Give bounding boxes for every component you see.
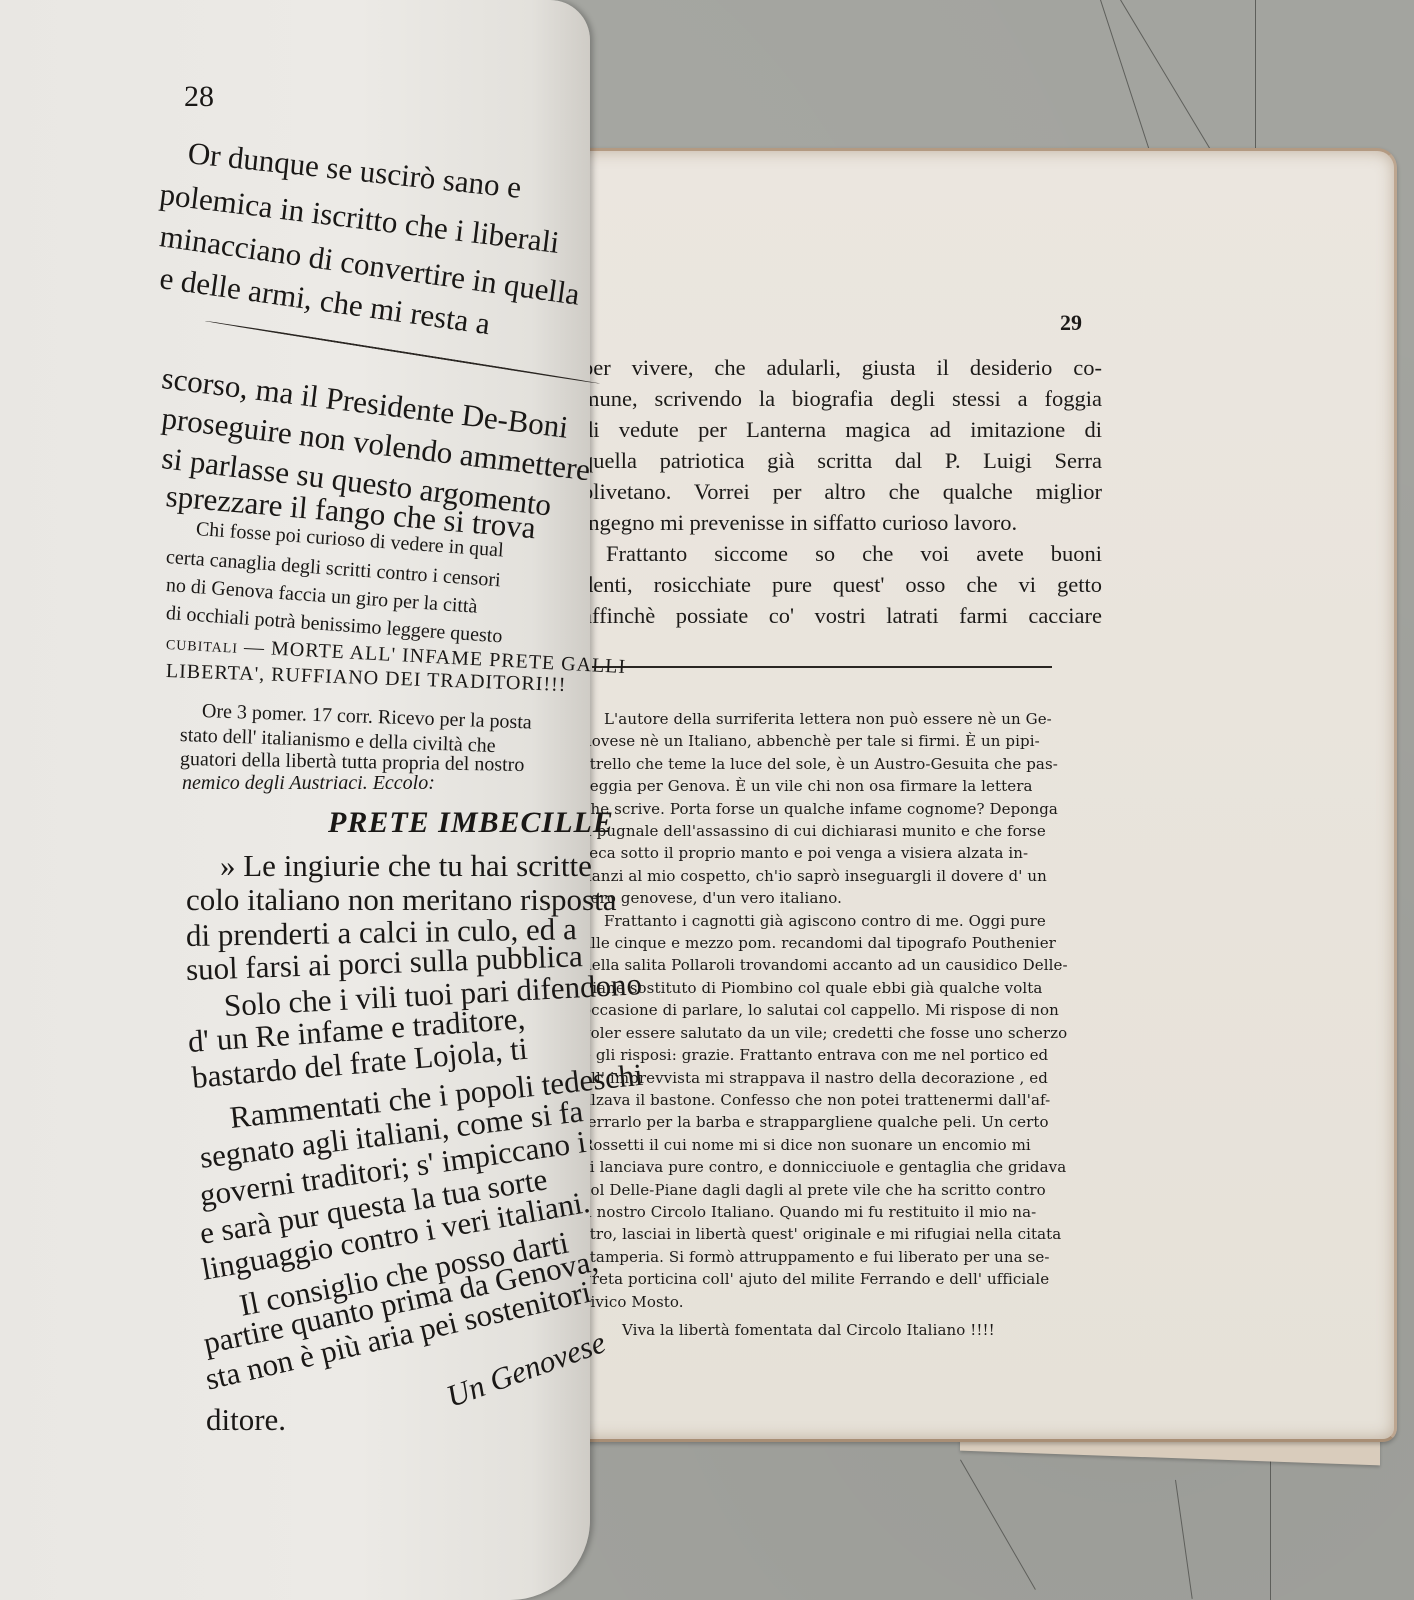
note-closing-line: Viva la libertà fomentata dal Circolo It… <box>582 1319 1102 1341</box>
body-line: affinchè possiate co' vostri latrati far… <box>582 600 1102 631</box>
surface-crack <box>960 1460 1036 1590</box>
note-line: strello che teme la luce del sole, è un … <box>582 753 1102 775</box>
note-line: occasione di parlare, lo salutai col cap… <box>582 999 1102 1021</box>
text-line: ditore. <box>206 1402 286 1438</box>
note-line: novese nè un Italiano, abbenchè per tale… <box>582 730 1102 752</box>
surface-crack <box>1175 1480 1193 1599</box>
note-line: reca sotto il proprio manto e poi venga … <box>582 842 1102 864</box>
surface-crack <box>1100 0 1150 152</box>
note-line: Frattanto i cagnotti già agiscono contro… <box>582 910 1102 932</box>
letter-heading: PRETE IMBECILLE <box>328 806 614 840</box>
note-line: e gli risposi: grazie. Frattanto entrava… <box>582 1044 1102 1066</box>
surface-crack <box>1120 0 1211 150</box>
note-line: nanzi al mio cospetto, ch'io saprò inseg… <box>582 865 1102 887</box>
page-number-28: 28 <box>184 80 214 114</box>
surface-crack <box>1270 1460 1271 1600</box>
body-line: denti, rosicchiate pure quest' osso che … <box>582 569 1102 600</box>
body-line: Frattanto siccome so che voi avete buoni <box>582 538 1102 569</box>
note-line: voler essere salutato da un vile; credet… <box>582 1022 1102 1044</box>
note-line: il nostro Circolo Italiano. Quando mi fu… <box>582 1201 1102 1223</box>
body-line: olivetano. Vorrei per altro che qualche … <box>582 476 1102 507</box>
body-line: ingegno mi prevenisse in siffatto curios… <box>582 507 1102 538</box>
body-line: quella patriotica già scritta dal P. Lui… <box>582 445 1102 476</box>
body-line: di vedute per Lanterna magica ad imitazi… <box>582 414 1102 445</box>
body-line: per vivere, che adularli, giusta il desi… <box>582 352 1102 383</box>
note-line: col Delle-Piane dagli dagli al prete vil… <box>582 1179 1102 1201</box>
right-page-body: per vivere, che adularli, giusta il desi… <box>582 352 1102 631</box>
text-line: nemico degli Austriaci. Eccolo: <box>182 772 435 795</box>
note-line: il pugnale dell'assassino di cui dichiar… <box>582 820 1102 842</box>
note-line: che scrive. Porta forse un qualche infam… <box>582 798 1102 820</box>
page-number-29: 29 <box>1060 310 1082 336</box>
note-line: vero genovese, d'un vero italiano. <box>582 887 1102 909</box>
surface-crack <box>1255 0 1256 150</box>
footnote-rule <box>592 666 1052 668</box>
note-line: civico Mosto. <box>582 1291 1102 1313</box>
note-line: greta porticina coll' ajuto del milite F… <box>582 1268 1102 1290</box>
note-line: all' imprevvista mi strappava il nastro … <box>582 1067 1102 1089</box>
note-line: seggia per Genova. È un vile chi non osa… <box>582 775 1102 797</box>
note-line: ferrarlo per la barba e strappargliene q… <box>582 1111 1102 1133</box>
note-line: stamperia. Si formò attruppamento e fui … <box>582 1246 1102 1268</box>
footnote: L'autore della surriferita lettera non p… <box>582 708 1102 1341</box>
note-line: nella salita Pollaroli trovandomi accant… <box>582 954 1102 976</box>
note-line: alle cinque e mezzo pom. recandomi dal t… <box>582 932 1102 954</box>
note-line: alzava il bastone. Confesso che non pote… <box>582 1089 1102 1111</box>
note-line: stro, lasciai in libertà quest' original… <box>582 1223 1102 1245</box>
body-line: mune, scrivendo la biografia degli stess… <box>582 383 1102 414</box>
text-line: » Le ingiurie che tu hai scritte <box>220 848 592 884</box>
note-line: Rossetti il cui nome mi si dice non suon… <box>582 1134 1102 1156</box>
note-line: si lanciava pure contro, e donnicciuole … <box>582 1156 1102 1178</box>
note-line: Piane sostituto di Piombino col quale eb… <box>582 977 1102 999</box>
note-line: L'autore della surriferita lettera non p… <box>582 708 1102 730</box>
